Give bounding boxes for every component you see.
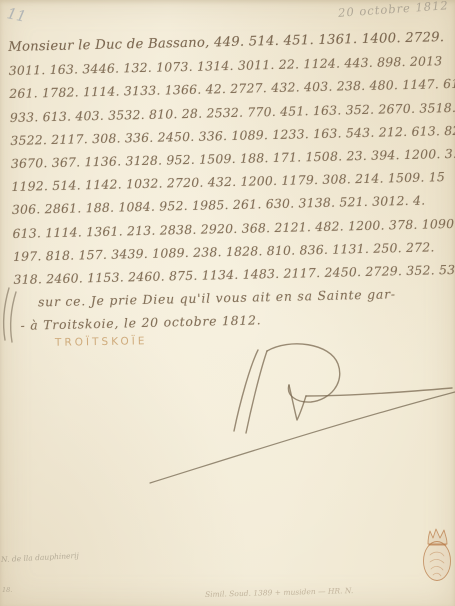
margin-bracket-icon bbox=[4, 288, 16, 342]
collector-stamp-icon bbox=[424, 529, 451, 581]
bottom-left-small-note: 18. bbox=[2, 586, 12, 594]
letter-page: 11 20 octobre 1812 Monsieur le Duc de Ba… bbox=[0, 0, 455, 606]
napoleon-signature bbox=[150, 344, 455, 483]
ink-marks-layer bbox=[0, 0, 455, 606]
